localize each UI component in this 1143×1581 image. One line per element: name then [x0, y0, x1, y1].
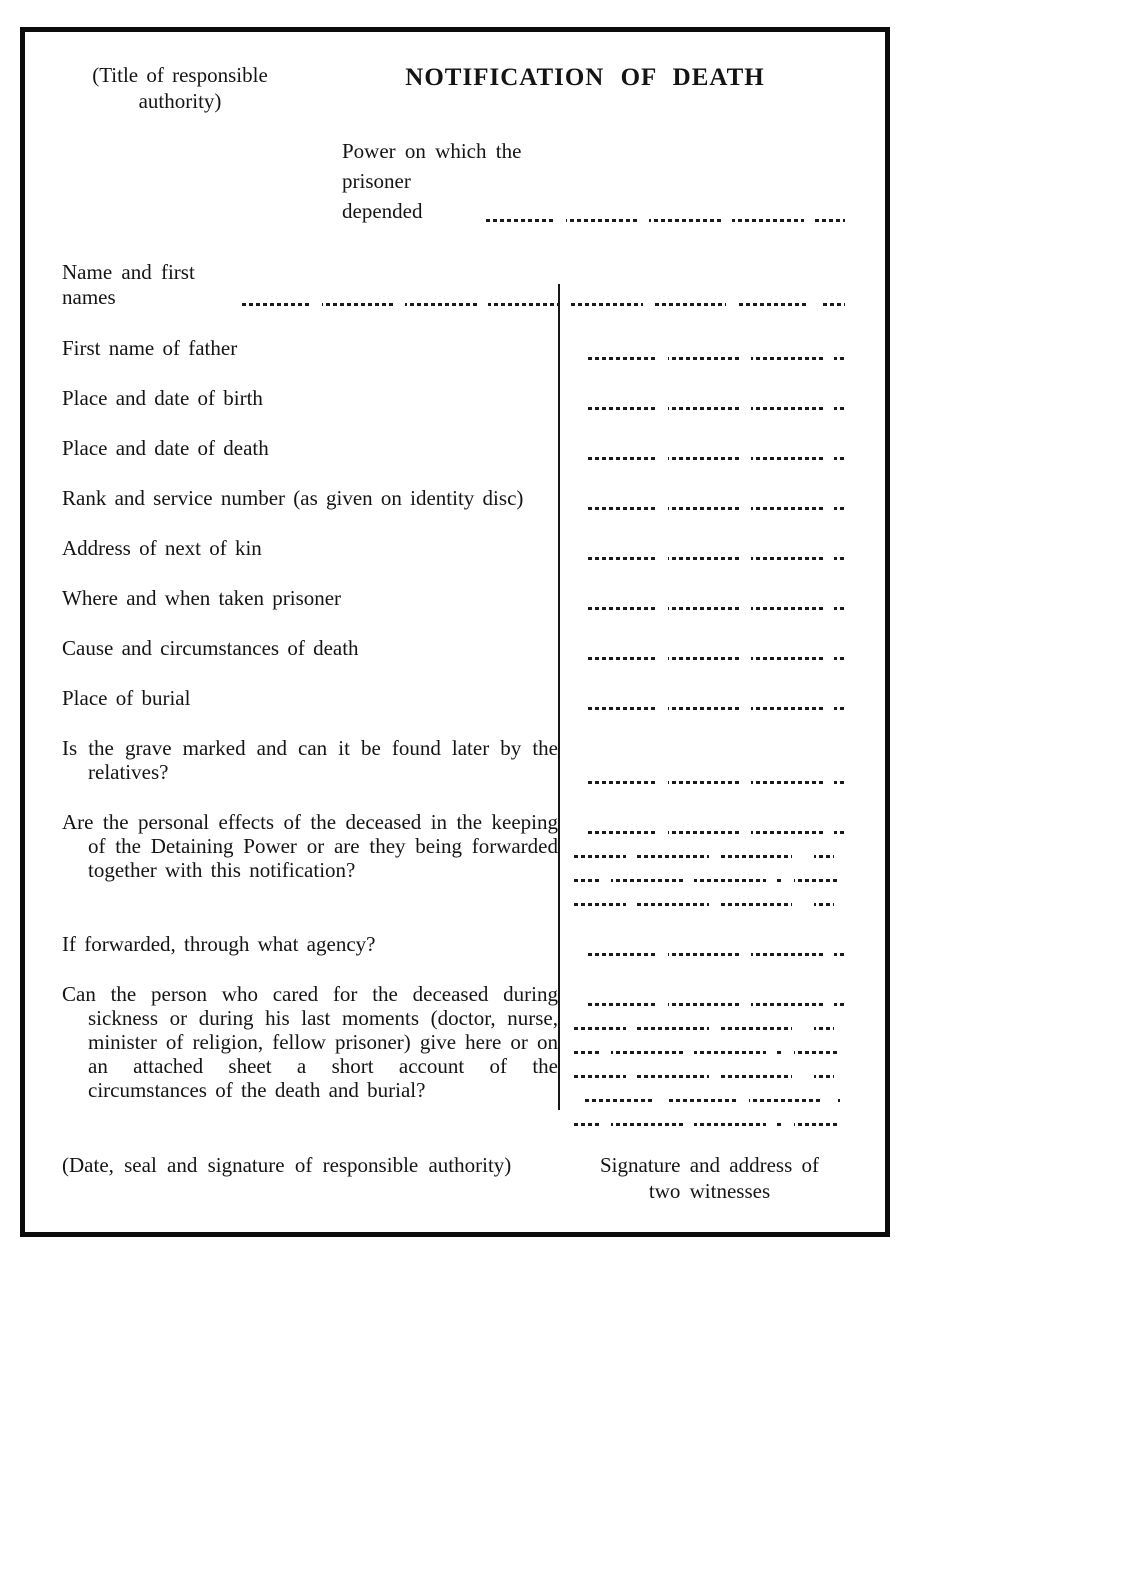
answer-line [574, 1030, 845, 1054]
field-answer-lines [574, 932, 845, 956]
scanned-page: (Title of responsible authority) NOTIFIC… [0, 0, 1143, 1581]
dotted-fill-line [574, 781, 845, 784]
field-answer-lines [574, 586, 845, 610]
witnesses-label-line1: Signature and address of [574, 1152, 845, 1178]
answer-line [574, 436, 845, 460]
answer-line [574, 858, 845, 882]
form-field-row: Is the grave marked and can it be found … [62, 736, 845, 784]
form-field-row: Place and date of death [62, 436, 845, 460]
field-label: Place and date of death [62, 436, 558, 460]
dotted-fill-line [574, 707, 845, 710]
dotted-fill-line [574, 557, 845, 560]
answer-line [574, 336, 845, 360]
form-field-row: Address of next of kin [62, 536, 845, 560]
dotted-fill-line [574, 357, 845, 360]
form-footer: (Date, seal and signature of responsible… [62, 1152, 845, 1204]
form-field-row: Can the person who cared for the decease… [62, 982, 845, 1126]
name-label: Name and first names [62, 260, 216, 310]
form-title: NOTIFICATION OF DEATH [325, 62, 845, 92]
field-label: Is the grave marked and can it be found … [62, 736, 558, 784]
dotted-fill-line [574, 407, 845, 410]
field-label: Place and date of birth [62, 386, 558, 410]
form-field-row: Place of burial [62, 686, 845, 710]
form-field-row: Rank and service number (as given on ide… [62, 486, 845, 510]
responsible-authority-note: (Title of responsible authority) [64, 62, 296, 114]
form-field-row: If forwarded, through what agency? [62, 932, 845, 956]
power-label-row: prisoner depended [342, 166, 845, 226]
field-answer-lines [574, 436, 845, 460]
field-answer-lines [574, 536, 845, 560]
field-label: Address of next of kin [62, 536, 558, 560]
field-answer-lines [574, 336, 845, 360]
power-answer-line [472, 219, 845, 222]
witnesses-label-line2: two witnesses [574, 1178, 845, 1204]
field-label: Place of burial [62, 686, 558, 710]
dotted-fill-line [574, 1123, 840, 1126]
form-field-row: First name of father [62, 336, 845, 360]
field-label: Are the personal effects of the deceased… [62, 810, 558, 906]
column-divider-line [558, 284, 560, 1110]
field-answer-lines [574, 486, 845, 510]
field-answer-lines [574, 810, 845, 906]
form-header: (Title of responsible authority) NOTIFIC… [62, 62, 845, 114]
answer-line [574, 486, 845, 510]
answer-line [574, 1054, 845, 1078]
field-label: Where and when taken prisoner [62, 586, 558, 610]
footer-authority-label: (Date, seal and signature of responsible… [62, 1152, 558, 1204]
dotted-fill-line [574, 953, 845, 956]
answer-line [574, 686, 845, 710]
answer-line [574, 386, 845, 410]
answer-line [574, 536, 845, 560]
field-label: First name of father [62, 336, 558, 360]
answer-line [574, 810, 845, 834]
power-label-line2: prisoner depended [342, 166, 460, 226]
field-label: Can the person who cared for the decease… [62, 982, 558, 1126]
answer-line [574, 760, 845, 784]
answer-line [574, 1102, 845, 1126]
name-row: Name and first names [62, 260, 845, 310]
field-label: If forwarded, through what agency? [62, 932, 558, 956]
answer-line [574, 882, 845, 906]
answer-line [574, 932, 845, 956]
dotted-fill-line [574, 607, 845, 610]
power-label-line1: Power on which the [342, 136, 845, 166]
field-rows: First name of father Place and date of b… [62, 336, 845, 1126]
power-depended-block: Power on which the prisoner depended [342, 136, 845, 226]
footer-witnesses-label: Signature and address of two witnesses [574, 1152, 845, 1204]
dotted-fill-line [574, 657, 845, 660]
dotted-fill-line [574, 903, 834, 906]
notification-of-death-form: (Title of responsible authority) NOTIFIC… [20, 27, 890, 1237]
form-field-row: Are the personal effects of the deceased… [62, 810, 845, 906]
answer-line [574, 1078, 845, 1102]
answer-line [574, 586, 845, 610]
form-field-row: Place and date of birth [62, 386, 845, 410]
answer-line [574, 1006, 845, 1030]
field-answer-lines [574, 686, 845, 710]
name-answer-line [228, 303, 845, 306]
answer-line [574, 636, 845, 660]
field-answer-lines [574, 386, 845, 410]
form-field-row: Where and when taken prisoner [62, 586, 845, 610]
field-label: Rank and service number (as given on ide… [62, 486, 558, 510]
field-label: Cause and circumstances of death [62, 636, 558, 660]
field-answer-lines [574, 636, 845, 660]
dotted-fill-line [574, 507, 845, 510]
field-answer-lines [574, 736, 845, 784]
field-answer-lines [574, 982, 845, 1126]
answer-line [574, 982, 845, 1006]
dotted-fill-line [574, 457, 845, 460]
answer-line [574, 834, 845, 858]
form-field-row: Cause and circumstances of death [62, 636, 845, 660]
